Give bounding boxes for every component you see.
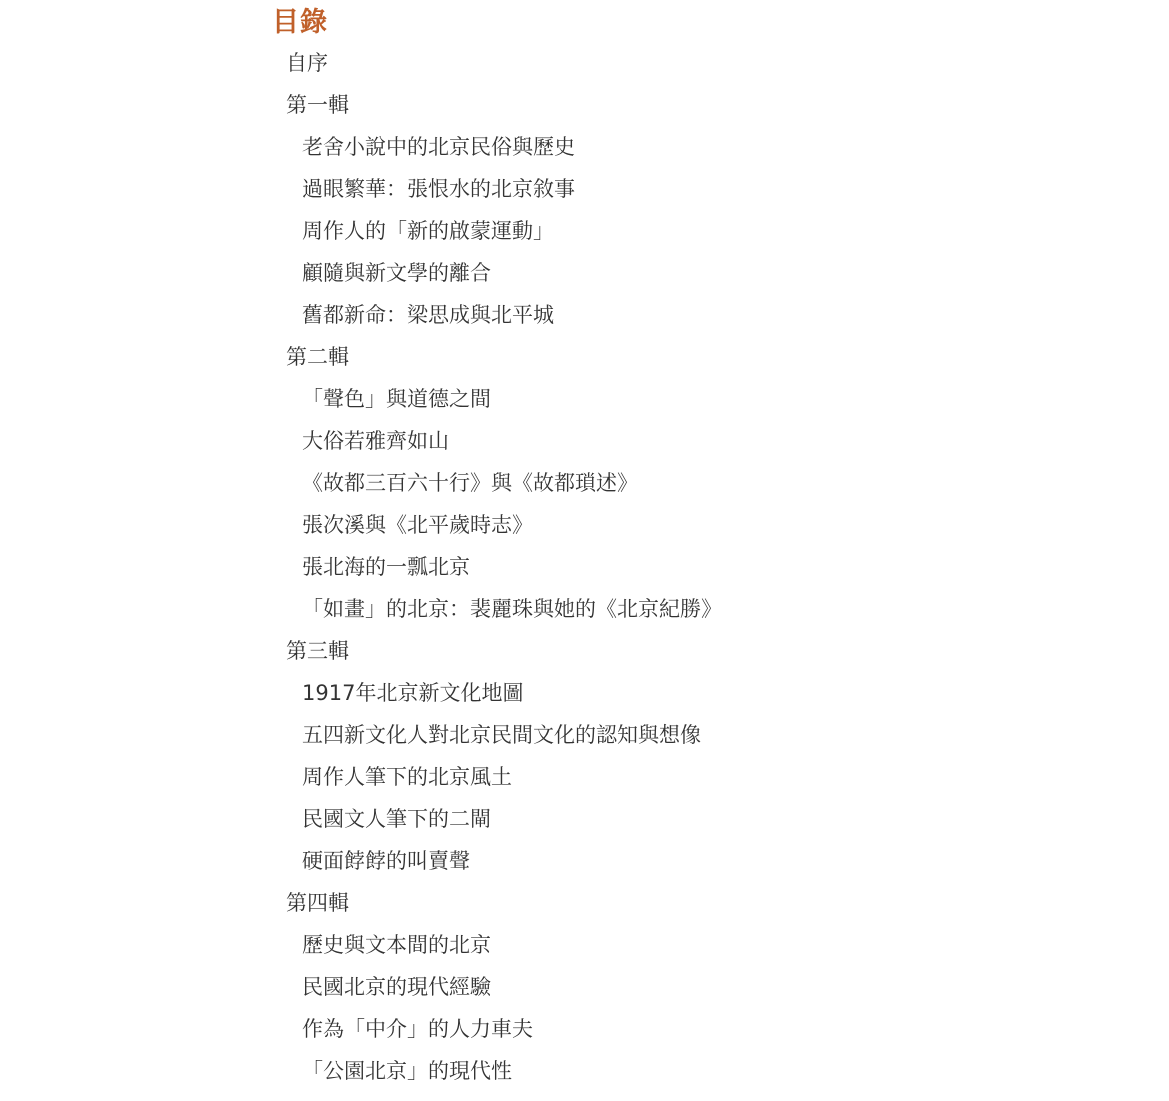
toc-item: 大俗若雅齊如山	[272, 420, 722, 462]
toc-item: 民國北京的現代經驗	[272, 966, 722, 1008]
toc-item: 過眼繁華：張恨水的北京敘事	[272, 168, 722, 210]
toc-item: 硬面餑餑的叫賣聲	[272, 840, 722, 882]
toc-item: 「公園北京」的現代性	[272, 1050, 722, 1092]
toc-item: 張北海的一瓢北京	[272, 546, 722, 588]
toc-item: 《故都三百六十行》與《故都瑣述》	[272, 462, 722, 504]
toc-item: 民國文人筆下的二閘	[272, 798, 722, 840]
toc-item: 1917年北京新文化地圖	[272, 672, 722, 714]
toc-item: 舊都新命：梁思成與北平城	[272, 294, 722, 336]
toc-item: 周作人的「新的啟蒙運動」	[272, 210, 722, 252]
toc-item: 張次溪與《北平歲時志》	[272, 504, 722, 546]
toc-item: 五四新文化人對北京民間文化的認知與想像	[272, 714, 722, 756]
toc-item: 周作人筆下的北京風土	[272, 756, 722, 798]
toc-item: 「如畫」的北京：裴麗珠與她的《北京紀勝》	[272, 588, 722, 630]
toc-item: 歷史與文本間的北京	[272, 924, 722, 966]
table-of-contents: 目錄 自序 第一輯 老舍小說中的北京民俗與歷史 過眼繁華：張恨水的北京敘事 周作…	[272, 4, 722, 1092]
toc-item-preface: 自序	[272, 42, 722, 84]
toc-list: 自序 第一輯 老舍小說中的北京民俗與歷史 過眼繁華：張恨水的北京敘事 周作人的「…	[272, 42, 722, 1092]
toc-section-4: 第四輯	[272, 882, 722, 924]
toc-section-1: 第一輯	[272, 84, 722, 126]
toc-item: 老舍小說中的北京民俗與歷史	[272, 126, 722, 168]
toc-section-3: 第三輯	[272, 630, 722, 672]
toc-section-2: 第二輯	[272, 336, 722, 378]
toc-item: 顧隨與新文學的離合	[272, 252, 722, 294]
toc-item: 「聲色」與道德之間	[272, 378, 722, 420]
toc-item: 作為「中介」的人力車夫	[272, 1008, 722, 1050]
toc-title: 目錄	[272, 4, 722, 42]
